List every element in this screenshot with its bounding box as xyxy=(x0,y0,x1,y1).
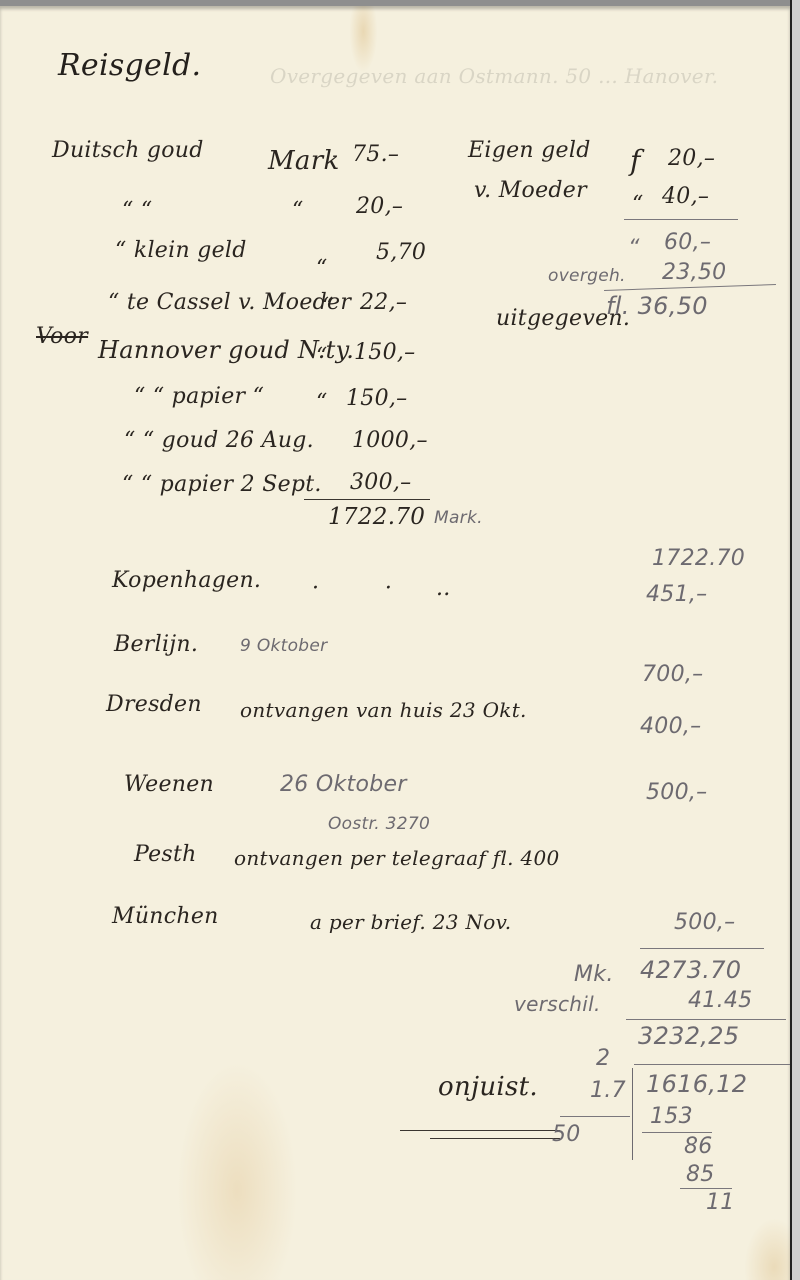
overgeh-label: overgeh. xyxy=(548,266,626,286)
city-name: München xyxy=(112,904,219,929)
dividend: 1616,12 xyxy=(646,1070,747,1098)
row-unit: “ xyxy=(292,198,304,223)
row-unit: “ xyxy=(316,344,328,369)
onjuist-label: onjuist. xyxy=(438,1072,538,1102)
row-unit: “ xyxy=(322,294,334,319)
left-total-unit: Mark. xyxy=(434,508,483,528)
city-amount: 700,– xyxy=(642,662,703,687)
sum-rule xyxy=(624,219,738,220)
verschil-amount: 41.45 xyxy=(688,988,752,1013)
city-amount: 451,– xyxy=(646,582,707,607)
row-amount: 150,– xyxy=(346,386,407,411)
division-bracket xyxy=(632,1068,633,1160)
city-name: Kopenhagen. xyxy=(112,568,261,593)
row-label: “ “ xyxy=(122,198,152,223)
row-amount: 5,70 xyxy=(376,240,426,265)
mk-amount: 4273.70 xyxy=(640,956,741,984)
net-amount: 3232,25 xyxy=(638,1022,739,1050)
subtotal-unit: “ xyxy=(628,236,640,261)
city-note: a per brief. 23 Nov. xyxy=(310,910,511,934)
sum-rule xyxy=(304,499,430,500)
division-step: 85 xyxy=(686,1162,715,1187)
sum-rule xyxy=(626,1019,786,1020)
uitgegeven-amount: fl. 36,50 xyxy=(606,292,708,320)
row-amount: 40,– xyxy=(662,184,709,209)
left-total: 1722.70 xyxy=(328,504,425,530)
row-amount: 20,– xyxy=(356,194,403,219)
division-top-rule xyxy=(634,1064,794,1065)
division-step: 153 xyxy=(650,1104,693,1129)
city-amount: 500,– xyxy=(646,780,707,805)
city-amount: 400,– xyxy=(640,714,701,739)
city-note: 26 Oktober xyxy=(280,772,407,797)
divisor-rule xyxy=(560,1116,630,1117)
row-label: “ klein geld xyxy=(115,238,247,263)
city-name: Berlijn. xyxy=(114,632,198,657)
row-unit: f xyxy=(630,144,641,177)
city-name: Dresden xyxy=(106,692,202,717)
row-amount: 22,– xyxy=(360,290,407,315)
scan-right-edge xyxy=(790,0,800,1280)
row-label: “ “ papier 2 Sept. xyxy=(122,472,322,497)
row-unit: “ xyxy=(632,192,644,217)
row-unit: “ xyxy=(316,256,328,281)
subtotal-amount: 60,– xyxy=(664,230,711,255)
row-amount: 75.– xyxy=(352,142,399,167)
row-label: “ te Cassel v. Moeder xyxy=(108,290,351,315)
row-amount: 150,– xyxy=(354,340,415,365)
row-prefix-struck: Voor xyxy=(36,324,88,349)
row-label: Eigen geld xyxy=(468,138,591,163)
verschil-label: verschil. xyxy=(514,992,601,1016)
row-label: Duitsch goud xyxy=(52,138,204,163)
row-amount: 300,– xyxy=(350,470,411,495)
leader-dots: · · .. xyxy=(312,576,451,601)
row-unit: Mark xyxy=(268,146,340,176)
carry-forward: 1722.70 xyxy=(652,546,745,571)
city-amount: 500,– xyxy=(674,910,735,935)
overgeh-amount: 23,50 xyxy=(662,260,726,285)
divisor-mid: 1.7 xyxy=(590,1078,626,1103)
row-unit: “ xyxy=(316,390,328,415)
strike-rule xyxy=(430,1138,560,1139)
division-remainder: 11 xyxy=(706,1190,735,1215)
oostenrijk-note: Oostr. 3270 xyxy=(328,814,430,834)
city-note: 9 Oktober xyxy=(240,636,327,656)
city-note: ontvangen van huis 23 Okt. xyxy=(240,698,527,722)
strike-rule xyxy=(400,1130,560,1131)
division-step: 86 xyxy=(684,1134,713,1159)
ledger-page: Overgegeven aan Ostmann. 50 ... Hanover.… xyxy=(0,6,793,1280)
row-amount: 20,– xyxy=(668,146,715,171)
city-name: Pesth xyxy=(134,842,197,867)
divisor-top: 2 xyxy=(596,1046,610,1071)
divisor-bottom: 50 xyxy=(552,1122,581,1147)
bleed-through-text: Overgegeven aan Ostmann. 50 ... Hanover. xyxy=(270,64,718,88)
city-note: ontvangen per telegraaf fl. 400 xyxy=(234,846,560,870)
division-rule xyxy=(642,1132,712,1133)
row-amount: 1000,– xyxy=(352,428,428,453)
row-label: “ “ goud 26 Aug. xyxy=(124,428,314,453)
sum-rule xyxy=(604,284,776,291)
division-rule xyxy=(680,1188,732,1189)
mk-label: Mk. xyxy=(574,962,614,987)
page-title: Reisgeld. xyxy=(58,48,201,83)
row-label: v. Moeder xyxy=(474,178,587,203)
row-label: “ “ papier “ xyxy=(134,384,264,409)
sum-rule xyxy=(640,948,764,949)
city-name: Weenen xyxy=(124,772,214,797)
